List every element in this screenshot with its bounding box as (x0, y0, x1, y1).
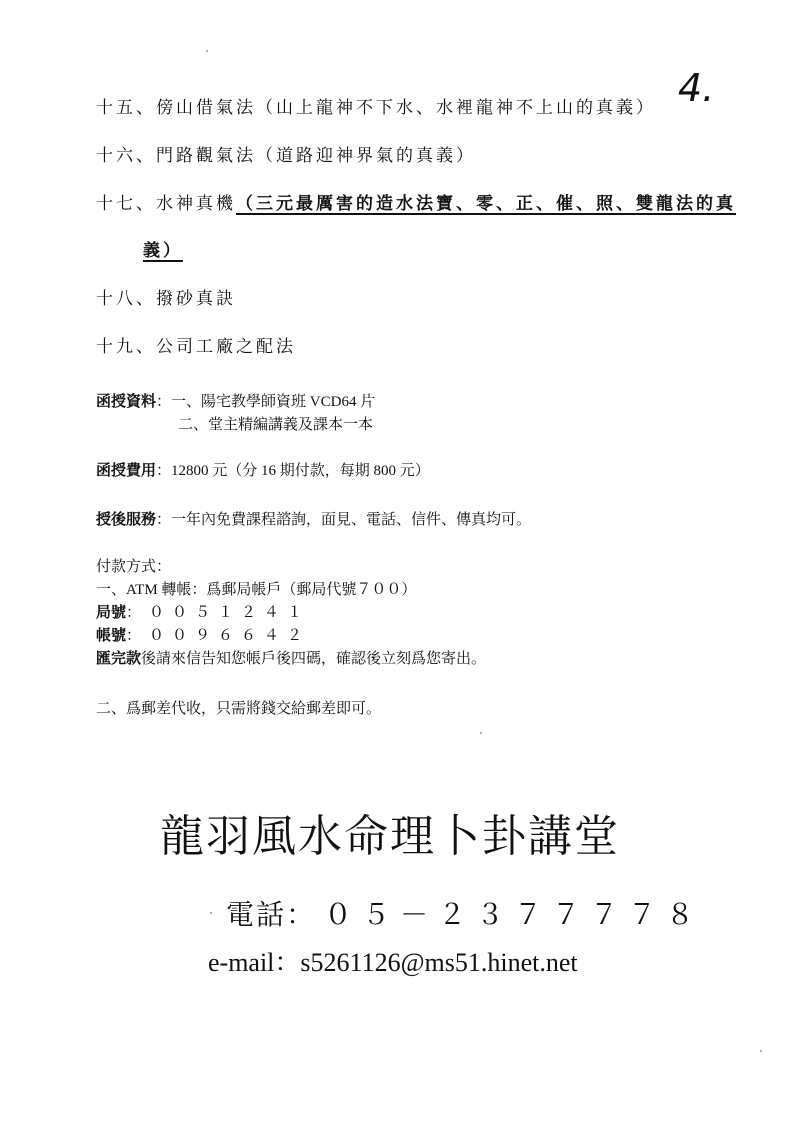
outline-item-17-continued: 義） (143, 236, 183, 261)
payment-account-line: 帳號：００９６６４２ (96, 624, 310, 645)
payment-heading: 付款方式： (96, 555, 171, 576)
item-number: 十五、 (96, 98, 156, 118)
separator: ： (156, 512, 171, 528)
page-number: 4. (678, 66, 714, 110)
remit-value: 後請來信告知您帳戶後四碼，確認後立刻爲您寄出。 (141, 651, 486, 667)
branch-value: ：００５１２４１ (126, 605, 310, 621)
outline-item-18: 十八、撥砂真訣 (96, 284, 236, 309)
item-number: 十七、 (96, 194, 156, 214)
remit-label: 匯完款 (96, 649, 141, 667)
item-title: 公司工廠之配法 (156, 337, 296, 357)
separator: ： (156, 394, 171, 410)
email-value[interactable]: ：s5261126@ms51.hinet.net (274, 948, 577, 977)
email-line: e-mail：s5261126@ms51.hinet.net (208, 942, 578, 979)
outline-item-19: 十九、公司工廠之配法 (96, 332, 296, 357)
item-title: 水神真機 (156, 194, 236, 214)
item-title: 傍山借氣法 (156, 98, 256, 118)
materials-line-1: 函授資料：一、陽宅教學師資班 VCD64 片 (96, 390, 375, 411)
item-title: 門路觀氣法 (156, 146, 256, 166)
payment-remit-line: 匯完款後請來信告知您帳戶後四碼，確認後立刻爲您寄出。 (96, 647, 486, 668)
item-desc: （山上龍神不下水、水裡龍神不上山的真義） (256, 98, 656, 118)
outline-item-16: 十六、門路觀氣法（道路迎神界氣的真義） (96, 141, 476, 166)
item-number: 十八、 (96, 289, 156, 309)
phone-line: 電話：０５－２３７７７７８ (226, 893, 704, 933)
scan-speck (206, 50, 208, 52)
service-label: 授後服務 (96, 510, 156, 528)
materials-label: 函授資料 (96, 392, 156, 410)
fee-line: 函授費用：12800 元（分 16 期付款，每期 800 元） (96, 459, 430, 480)
scan-speck (760, 1050, 762, 1052)
materials-line-2: 二、堂主精編講義及課本一本 (178, 413, 373, 434)
materials-item-2: 二、堂主精編講義及課本一本 (178, 417, 373, 433)
phone-label: 電話 (226, 898, 286, 931)
outline-item-17: 十七、水神真機（三元最厲害的造水法寶、零、正、催、照、雙龍法的真 (96, 189, 736, 214)
item-title: 撥砂真訣 (156, 289, 236, 309)
item-desc: （三元最厲害的造水法寶、零、正、催、照、雙龍法的真 (236, 194, 736, 214)
payment-cod-line: 二、爲郵差代收，只需將錢交給郵差即可。 (96, 697, 381, 718)
account-label: 帳號 (96, 626, 126, 644)
payment-branch-line: 局號：００５１２４１ (96, 601, 310, 622)
fee-value: 12800 元（分 16 期付款，每期 800 元） (171, 463, 430, 479)
scan-speck (480, 732, 482, 734)
payment-atm-line: 一、ATM 轉帳：爲郵局帳戶（郵局代號７００） (96, 578, 416, 599)
phone-value: ：０５－２３７７７７８ (286, 898, 704, 931)
outline-item-15: 十五、傍山借氣法（山上龍神不下水、水裡龍神不上山的真義） (96, 93, 656, 118)
item-number: 十六、 (96, 146, 156, 166)
item-number: 十九、 (96, 337, 156, 357)
scan-speck (210, 912, 212, 914)
email-label: e-mail (208, 948, 274, 977)
materials-item-1: 一、陽宅教學師資班 VCD64 片 (171, 394, 375, 410)
service-value: 一年內免費課程諮詢，面見、電話、信件、傳真均可。 (171, 512, 531, 528)
item-desc: （道路迎神界氣的真義） (256, 146, 476, 166)
service-line: 授後服務：一年內免費課程諮詢，面見、電話、信件、傳真均可。 (96, 508, 531, 529)
branch-label: 局號 (96, 603, 126, 621)
item-desc-continued: 義） (143, 241, 183, 261)
organization-name: 龍羽風水命理卜卦講堂 (160, 800, 620, 864)
account-value: ：００９６６４２ (126, 628, 310, 644)
separator: ： (156, 463, 171, 479)
fee-label: 函授費用 (96, 461, 156, 479)
